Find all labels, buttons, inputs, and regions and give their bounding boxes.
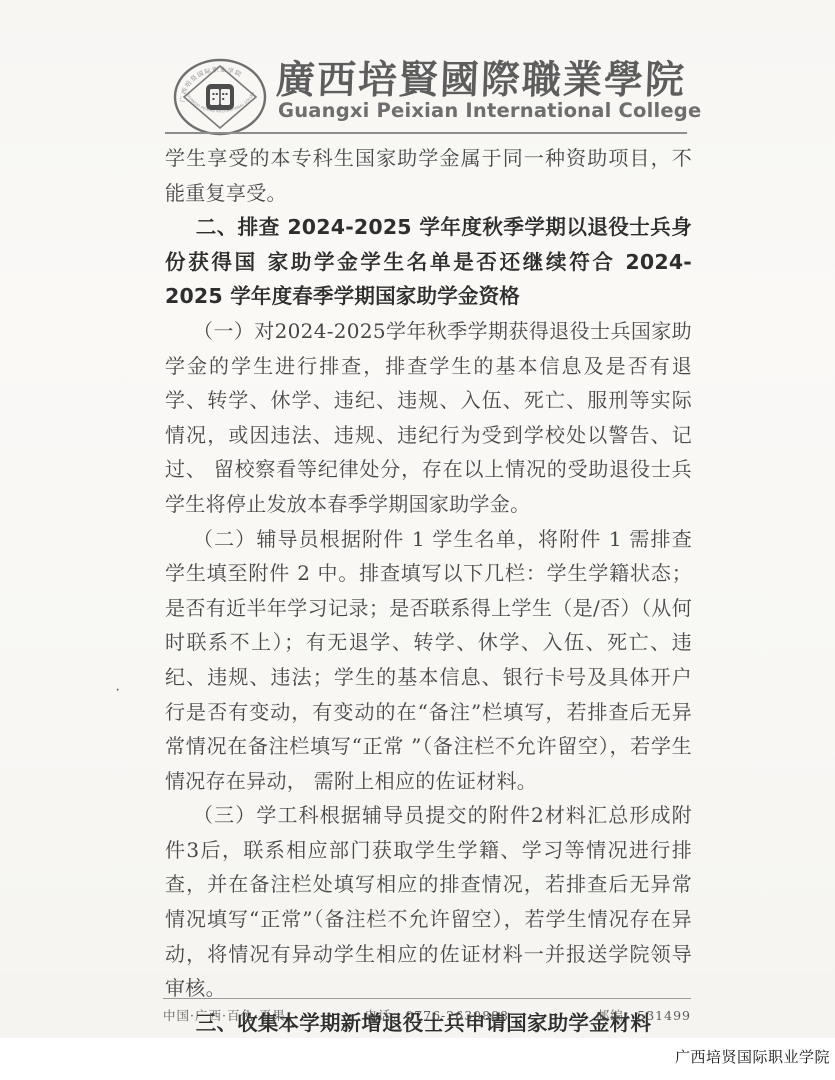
paragraph-item-1: （一）对2024-2025学年秋季学期获得退役士兵国家助学金的学生进行排查，排查… [165,314,692,522]
footer-address: 中国·广西·百色·平果 [163,1006,286,1024]
footer-postal: 邮编：531499 [597,1006,691,1024]
page-caption: 广西培贤国际职业学院 [675,1046,830,1067]
paragraph-item-2: （二）辅导员根据附件 1 学生名单，将附件 1 需排查学生填至附件 2 中。排查… [165,522,692,799]
footer-phone: 电话：0776-2630888 . [365,1006,518,1024]
scanned-page: 广西培贤国际职业学院 GUANGXI PEIXIAN INTERNATIONAL… [0,0,835,1038]
college-titles: 廣西培賢國際職業學院 Guangxi Peixian International… [276,55,701,123]
college-name-zh: 廣西培賢國際職業學院 [275,59,702,101]
college-seal-icon: 广西培贤国际职业学院 GUANGXI PEIXIAN INTERNATIONAL… [172,57,268,137]
footer-stray-dot: . [514,1008,518,1023]
paragraph-item-3: （三）学工科根据辅导员提交的附件2材料汇总形成附件3后，联系相应部门获取学生学籍… [165,798,692,1006]
document-body: · 学生享受的本专科生国家助学金属于同一种资助项目，不能重复享受。 二、排查 2… [165,141,692,1040]
paragraph-continuation: 学生享受的本专科生国家助学金属于同一种资助项目，不能重复享受。 [165,141,692,210]
header-divider [165,132,687,134]
document-header: 广西培贤国际职业学院 GUANGXI PEIXIAN INTERNATIONAL… [172,55,702,137]
margin-dot: · [115,681,120,699]
caption-strip: 广西培贤国际职业学院 [0,1038,835,1080]
section-heading-2: 二、排查 2024-2025 学年度秋季学期以退役士兵身份获得国 家助学金学生名… [165,210,692,314]
page-footer: 中国·广西·百色·平果 电话：0776-2630888 . 邮编：531499 [163,998,691,1024]
